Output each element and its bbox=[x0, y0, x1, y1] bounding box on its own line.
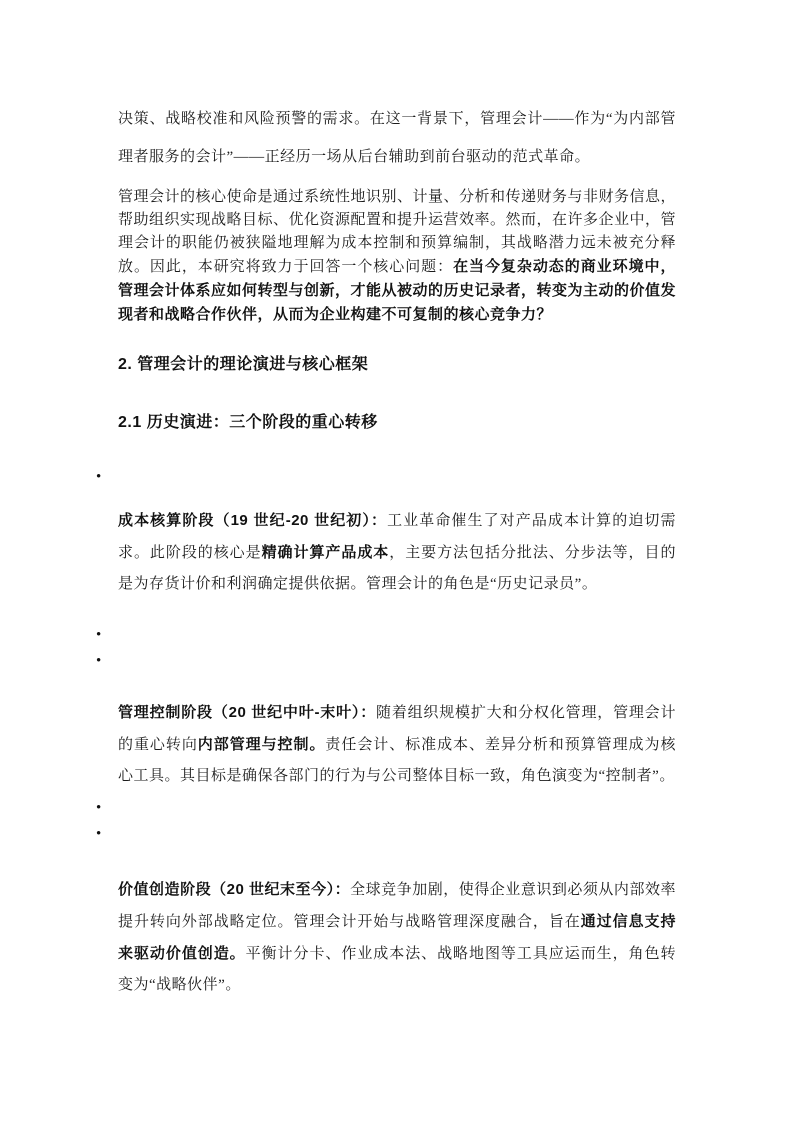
bullet-dot-icon: • bbox=[96, 826, 101, 842]
paragraph-core-mission: 管理会计的核心使命是通过系统性地识别、计量、分析和传递财务与非财务信息，帮助组织… bbox=[118, 186, 676, 327]
stage-paragraph-management-control: 管理控制阶段（20 世纪中叶-末叶）：随着组织规模扩大和分权化管理，管理会计的重… bbox=[118, 697, 676, 792]
bullet-dot-icon: • bbox=[96, 653, 101, 669]
stage2-emphasis: 内部管理与控制。 bbox=[198, 736, 326, 753]
document-page: 决策、战略校准和风险预警的需求。在这一背景下，管理会计——作为“为内部管理者服务… bbox=[0, 0, 793, 1122]
stage1-emphasis: 精确计算产品成本 bbox=[262, 544, 390, 561]
bullet-marker: • bbox=[96, 465, 676, 489]
heading-section-2-1: 2.1 历史演进：三个阶段的重心转移 bbox=[118, 411, 676, 435]
stage-paragraph-value-creation: 价值创造阶段（20 世纪末至今）：全球竞争加剧，使得企业意识到必须从内部效率提升… bbox=[118, 874, 676, 1001]
bullet-marker: • bbox=[96, 623, 676, 647]
intro-text: 决策、战略校准和风险预警的需求。在这一背景下，管理会计——作为“为内部管理者服务… bbox=[118, 111, 676, 165]
stage3-term: 价值创造阶段（20 世纪末至今）： bbox=[118, 881, 350, 898]
bullet-marker: • bbox=[96, 796, 676, 820]
bullet-dot-icon: • bbox=[96, 469, 101, 485]
bullet-dot-icon: • bbox=[96, 800, 101, 816]
bullet-marker: • bbox=[96, 822, 676, 846]
stage1-term: 成本核算阶段（19 世纪-20 世纪初）： bbox=[118, 512, 387, 529]
stage2-term: 管理控制阶段（20 世纪中叶-末叶）： bbox=[118, 704, 376, 721]
stage-paragraph-cost-accounting: 成本核算阶段（19 世纪-20 世纪初）：工业革命催生了对产品成本计算的迫切需求… bbox=[118, 505, 676, 600]
heading-section-2: 2. 管理会计的理论演进与核心框架 bbox=[118, 353, 676, 377]
paragraph-intro-continuation: 决策、战略校准和风险预警的需求。在这一背景下，管理会计——作为“为内部管理者服务… bbox=[118, 100, 676, 176]
bullet-dot-icon: • bbox=[96, 627, 101, 643]
bullet-marker: • bbox=[96, 649, 676, 673]
